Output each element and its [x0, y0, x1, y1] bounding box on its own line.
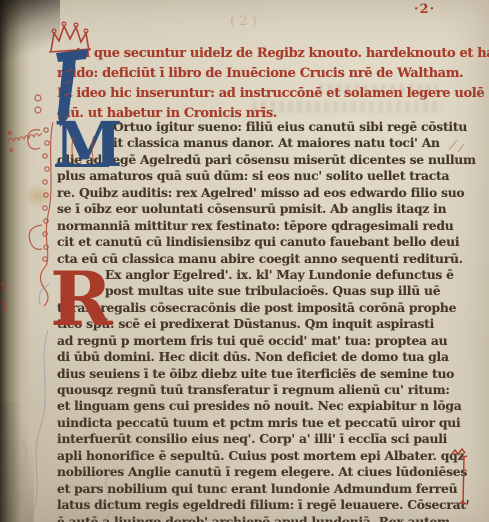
parchment-stain	[24, 184, 52, 208]
rubric-line: sta que secuntur uidelz de Regibz knouto…	[57, 44, 475, 64]
folio-number: ·2·	[414, 2, 435, 17]
rubric-text-block: sta que secuntur uidelz de Regibz knouto…	[57, 44, 475, 124]
body-line: post multas uite sue tribulacioēs. Quas …	[57, 283, 475, 299]
body-line: Ex anglor Egelred'. ix. kl' May Lundonie…	[57, 267, 475, 283]
body-line: tico spū: scē ei predixerat Dūstanus. Qm…	[57, 316, 475, 332]
body-line: nobiliores Anglie canutū ī regem elegere…	[57, 464, 475, 480]
body-line: plus amaturos quā suū dūm: si eos nuc' s…	[57, 168, 475, 184]
body-text-block: Ortuo igitur sueno: filiū eius canutū si…	[57, 119, 475, 522]
body-line: quousqz regnū tuū transferatur ī regnum …	[57, 382, 475, 398]
body-line: normanniā mittitur rex festinato: tēpore…	[57, 218, 475, 234]
body-line: dius seuiens ī te ōibz diebz uite tue īt…	[57, 366, 475, 382]
body-line: Ortuo igitur sueno: filiū eius canutū si…	[57, 119, 475, 135]
body-line: it classica manus danor. At maiores natu…	[57, 135, 475, 151]
faint-pencil-foliation: ( 2 )	[230, 14, 257, 29]
body-line: et linguam gens cui presides nō nouit. N…	[57, 398, 475, 414]
body-line: latus dictum regis egeldredi filium: ī r…	[57, 497, 475, 513]
body-line: uindicta peccatū tuum et pctm mris tue e…	[57, 415, 475, 431]
body-line: glie ad regē Agelredū pari cōsensu miser…	[57, 152, 475, 168]
rubric-line: Et ideo hic inseruntur: ad instruccōnē e…	[57, 84, 475, 104]
body-line: interfuerūt consilio eius neq'. Corp' a'…	[57, 431, 475, 447]
body-line: re. Quibz auditis: rex Agelred' misso ad…	[57, 185, 475, 201]
body-line: ad regnū p mortem fris tui quē occid' ma…	[57, 333, 475, 349]
body-line: et pars nobilium qui tunc erant lundonie…	[57, 481, 475, 497]
manuscript-page: ( 2 ) ·2· sta que secuntur uidelz de Reg…	[0, 0, 489, 522]
rubric-line: roldo: deficiūt ī libro de Inuēcione Cru…	[57, 64, 475, 84]
body-line: cta eū cū classica manu abire coegit ann…	[57, 251, 475, 267]
body-line: turas: regalis cōsecracōnis die post imp…	[57, 300, 475, 316]
body-line: apli honorifice ē sepultū. Cuius post mo…	[57, 448, 475, 464]
binding-shadow-bottom	[0, 402, 34, 522]
body-line: se ī oībz eor uoluntati cōsensurū pmisit…	[57, 201, 475, 217]
body-line: cit et canutū cū lindisiensibz qui canut…	[57, 234, 475, 250]
body-line: di ūbū domini. Hec dicit dūs. Non defici…	[57, 349, 475, 365]
binding-shadow-top	[0, 0, 60, 70]
body-line: ē autē a liuingo dorob' archiepō apud lu…	[57, 514, 475, 522]
